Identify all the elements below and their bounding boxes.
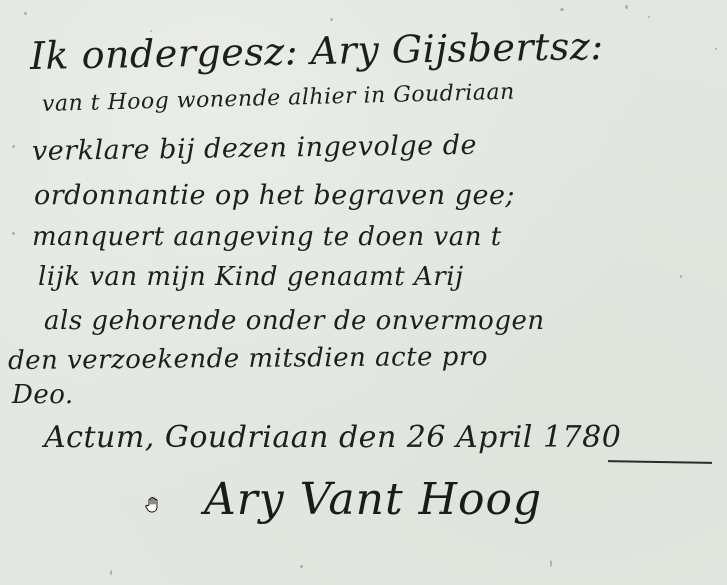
paper-speck — [330, 18, 333, 21]
paper-speck — [625, 5, 628, 9]
document-image-viewer[interactable]: Ik ondergesz: Ary Gijsbertsz: van t Hoog… — [0, 0, 727, 585]
paper-speck — [715, 48, 717, 50]
document-line-7: als gehorende onder de onvermogen — [44, 306, 545, 336]
document-line-8: den verzoekende mitsdien acte pro — [8, 342, 488, 376]
signature: Ary Vant Hoog — [204, 474, 542, 525]
document-line-6: lijk van mijn Kind genaamt Arij — [38, 262, 464, 292]
document-line-9: Deo. — [12, 380, 74, 410]
paper-speck — [560, 8, 564, 11]
document-line-4: ordonnantie op het begraven gee; — [34, 180, 515, 211]
paper-speck — [12, 232, 15, 235]
hand-cursor-icon — [145, 496, 161, 514]
paper-speck — [300, 565, 303, 568]
paper-speck — [24, 12, 27, 15]
document-date-line: Actum, Goudriaan den 26 April 1780 — [44, 420, 621, 455]
document-line-1: Ik ondergesz: Ary Gijsbertsz: — [30, 24, 604, 78]
document-line-5: manquert aangeving te doen van t — [32, 222, 502, 252]
paper-speck — [680, 275, 682, 278]
paper-speck — [550, 560, 552, 567]
document-line-2: van t Hoog wonende alhier in Goudriaan — [42, 80, 515, 117]
date-underline — [608, 460, 712, 463]
paper-speck — [12, 145, 15, 148]
document-line-3: verklare bij dezen ingevolge de — [32, 130, 477, 167]
paper-speck — [648, 16, 650, 18]
paper-speck — [110, 570, 112, 575]
